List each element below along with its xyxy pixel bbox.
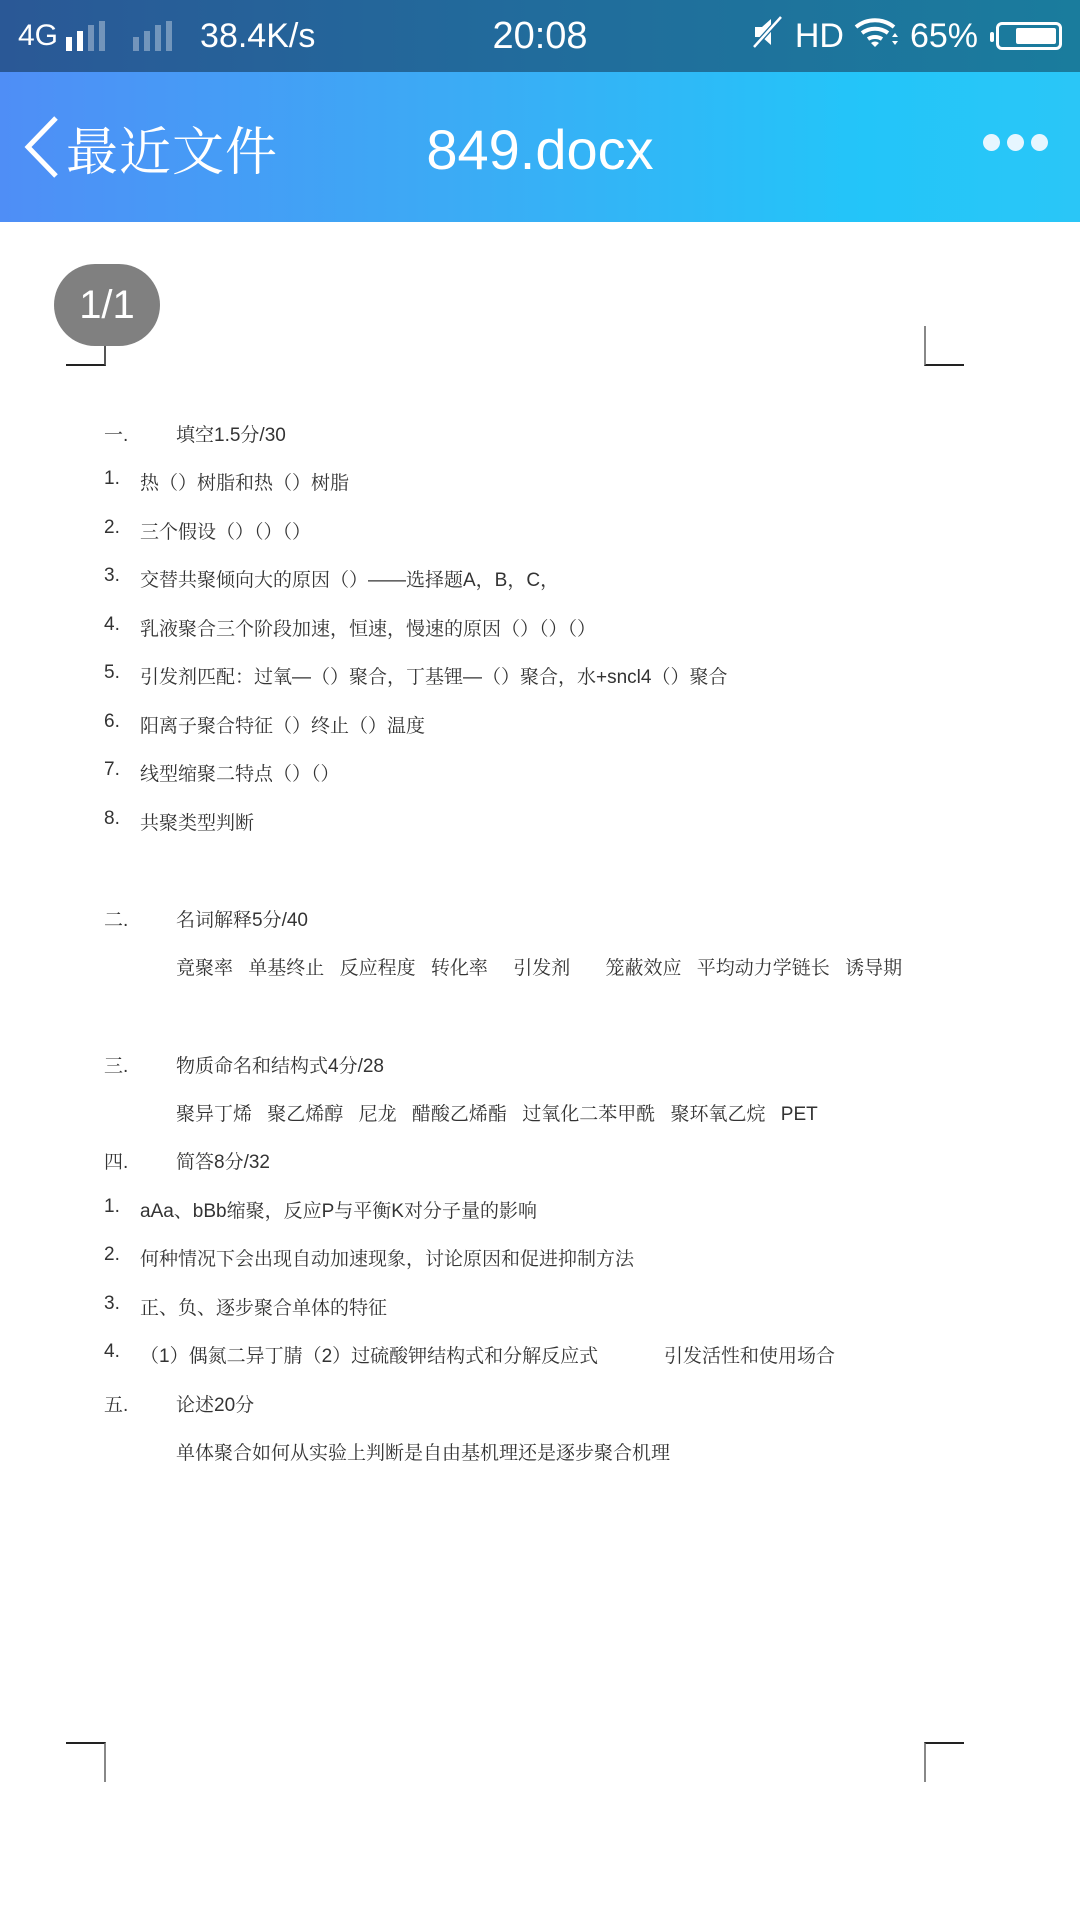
- term: 引发剂: [513, 958, 570, 979]
- chevron-left-icon: [22, 114, 62, 180]
- paragraph-text: 单体聚合如何从实验上判断是自由基机理还是逐步聚合机理: [176, 1438, 670, 1465]
- section-title: 论述20分: [176, 1390, 254, 1417]
- network-type: 4G: [18, 19, 58, 53]
- signal-secondary-icon: [133, 21, 172, 51]
- item-text: 乳液聚合三个阶段加速，恒速，慢速的原因（）（）（）: [140, 614, 596, 641]
- section-number: 三.: [104, 1051, 128, 1078]
- item-text: 引发剂匹配：过氧—（）聚合，丁基锂—（）聚合，水+sncl4（）聚合: [140, 662, 727, 689]
- term: 竟聚率: [176, 958, 233, 979]
- more-options-button[interactable]: [983, 134, 1048, 151]
- section-number: 四.: [104, 1147, 128, 1174]
- item-text-continued: 引发活性和使用场合: [664, 1341, 835, 1368]
- network-speed: 38.4K/s: [200, 17, 315, 56]
- item-number: 7.: [104, 759, 120, 781]
- mute-icon: [751, 15, 785, 58]
- term: 过氧化二苯甲酰: [522, 1104, 655, 1125]
- section-number: 一.: [104, 420, 128, 447]
- section-title: 物质命名和结构式4分/28: [176, 1051, 384, 1078]
- term: 尼龙: [359, 1104, 397, 1125]
- crop-mark-bottom-right: [924, 1742, 964, 1782]
- hd-label: HD: [795, 17, 844, 56]
- item-number: 3.: [104, 1293, 120, 1315]
- back-label: 最近文件: [66, 110, 278, 185]
- battery-icon: [996, 22, 1062, 50]
- crop-mark-bottom-left: [66, 1742, 106, 1782]
- item-number: 6.: [104, 711, 120, 733]
- term-list: 竟聚率 单基终止 反应程度 转化率 引发剂 笼蔽效应 平均动力学链长 诱导期: [176, 953, 902, 980]
- item-text: 三个假设（）（）（）: [140, 517, 311, 544]
- page-indicator: 1/1: [54, 264, 160, 346]
- section-title: 简答8分/32: [176, 1147, 270, 1174]
- term: 反应程度: [340, 958, 416, 979]
- term: PET: [781, 1104, 818, 1125]
- item-number: 5.: [104, 662, 120, 684]
- dot: [1031, 134, 1048, 151]
- section-title: 名词解释5分/40: [176, 905, 308, 932]
- item-text: aAa、bBb缩聚，反应P与平衡K对分子量的影响: [140, 1196, 537, 1223]
- back-button[interactable]: 最近文件: [22, 112, 278, 182]
- item-text: 热（）树脂和热（）树脂: [140, 468, 349, 495]
- item-text: 交替共聚倾向大的原因（）——选择题A，B，C，: [140, 565, 559, 592]
- item-number: 2.: [104, 517, 120, 539]
- item-number: 1.: [104, 1196, 120, 1218]
- item-text: （1）偶氮二异丁腈（2）过硫酸钾结构式和分解反应式: [140, 1341, 598, 1368]
- item-number: 4.: [104, 614, 120, 636]
- term: 单基终止: [248, 958, 324, 979]
- item-number: 1.: [104, 468, 120, 490]
- status-left: 4G 38.4K/s: [18, 0, 315, 72]
- crop-mark-top-right: [924, 326, 964, 366]
- nav-bar: 最近文件 849.docx: [0, 72, 1080, 222]
- term-list: 聚异丁烯 聚乙烯醇 尼龙 醋酸乙烯酯 过氧化二苯甲酰 聚环氧乙烷 PET: [176, 1099, 818, 1126]
- more-dots-icon: [983, 134, 1000, 151]
- section-number: 五.: [104, 1390, 128, 1417]
- term: 聚环氧乙烷: [670, 1104, 765, 1125]
- term: 转化率: [431, 958, 488, 979]
- status-right: HD 65%: [751, 0, 1062, 72]
- item-number: 3.: [104, 565, 120, 587]
- term: 聚乙烯醇: [267, 1104, 343, 1125]
- section-number: 二.: [104, 905, 128, 932]
- item-text: 正、负、逐步聚合单体的特征: [140, 1293, 387, 1320]
- item-text: 阳离子聚合特征（）终止（）温度: [140, 711, 425, 738]
- term: 聚异丁烯: [176, 1104, 252, 1125]
- term: 诱导期: [845, 958, 902, 979]
- item-number: 4.: [104, 1341, 120, 1363]
- item-text: 何种情况下会出现自动加速现象，讨论原因和促进抑制方法: [140, 1244, 634, 1271]
- item-number: 8.: [104, 808, 120, 830]
- battery-percent: 65%: [910, 17, 978, 56]
- section-title: 填空1.5分/30: [176, 420, 286, 447]
- term: 笼蔽效应: [605, 958, 681, 979]
- signal-icon: [66, 21, 105, 51]
- dot: [1007, 134, 1024, 151]
- item-text: 线型缩聚二特点（）（）: [140, 759, 340, 786]
- wifi-icon: [854, 15, 900, 58]
- status-bar: 4G 38.4K/s 20:08 HD 65%: [0, 0, 1080, 72]
- item-text: 共聚类型判断: [140, 808, 254, 835]
- item-number: 2.: [104, 1244, 120, 1266]
- term: 醋酸乙烯酯: [412, 1104, 507, 1125]
- term: 平均动力学链长: [697, 958, 830, 979]
